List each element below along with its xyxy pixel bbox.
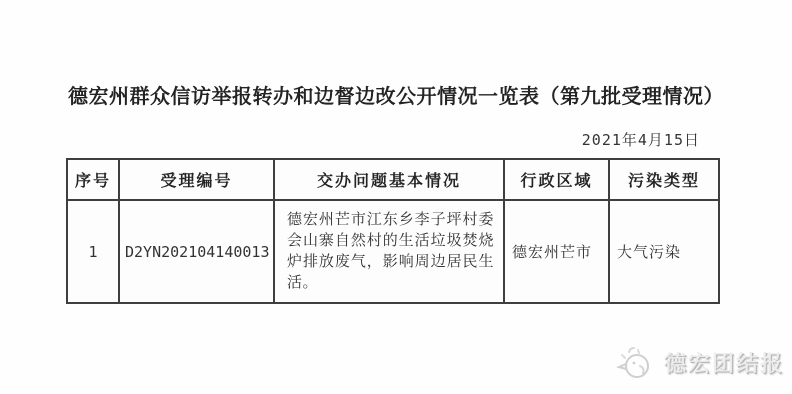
cell-region: 德宏州芒市	[504, 200, 609, 303]
document-date: 2021年4月15日	[582, 129, 700, 150]
bird-mascot-icon	[611, 338, 659, 386]
scanned-document: 德宏州群众信访举报转办和边督边改公开情况一览表（第九批受理情况） 2021年4月…	[0, 0, 792, 394]
col-header-seq: 序号	[67, 159, 119, 200]
cases-table: 序号 受理编号 交办问题基本情况 行政区域 污染类型 1 D2YN2021041…	[66, 158, 720, 304]
col-header-case-number: 受理编号	[119, 159, 274, 200]
col-header-issue: 交办问题基本情况	[274, 159, 504, 200]
cell-pollution-type: 大气污染	[609, 200, 719, 303]
document-title: 德宏州群众信访举报转办和边督边改公开情况一览表（第九批受理情况）	[0, 80, 792, 109]
cell-issue: 德宏州芒市江东乡李子坪村委会山寨自然村的生活垃圾焚烧炉排放废气，影响周边居民生活…	[274, 200, 504, 303]
col-header-region: 行政区域	[504, 159, 609, 200]
table-row: 1 D2YN202104140013 德宏州芒市江东乡李子坪村委会山寨自然村的生…	[67, 200, 719, 303]
col-header-pollution-type: 污染类型	[609, 159, 719, 200]
cell-seq: 1	[67, 200, 119, 303]
table-header-row: 序号 受理编号 交办问题基本情况 行政区域 污染类型	[67, 159, 719, 200]
publisher-watermark: 德宏团结报	[611, 338, 784, 386]
cell-case-number: D2YN202104140013	[119, 200, 274, 303]
publisher-name: 德宏团结报	[664, 347, 784, 378]
